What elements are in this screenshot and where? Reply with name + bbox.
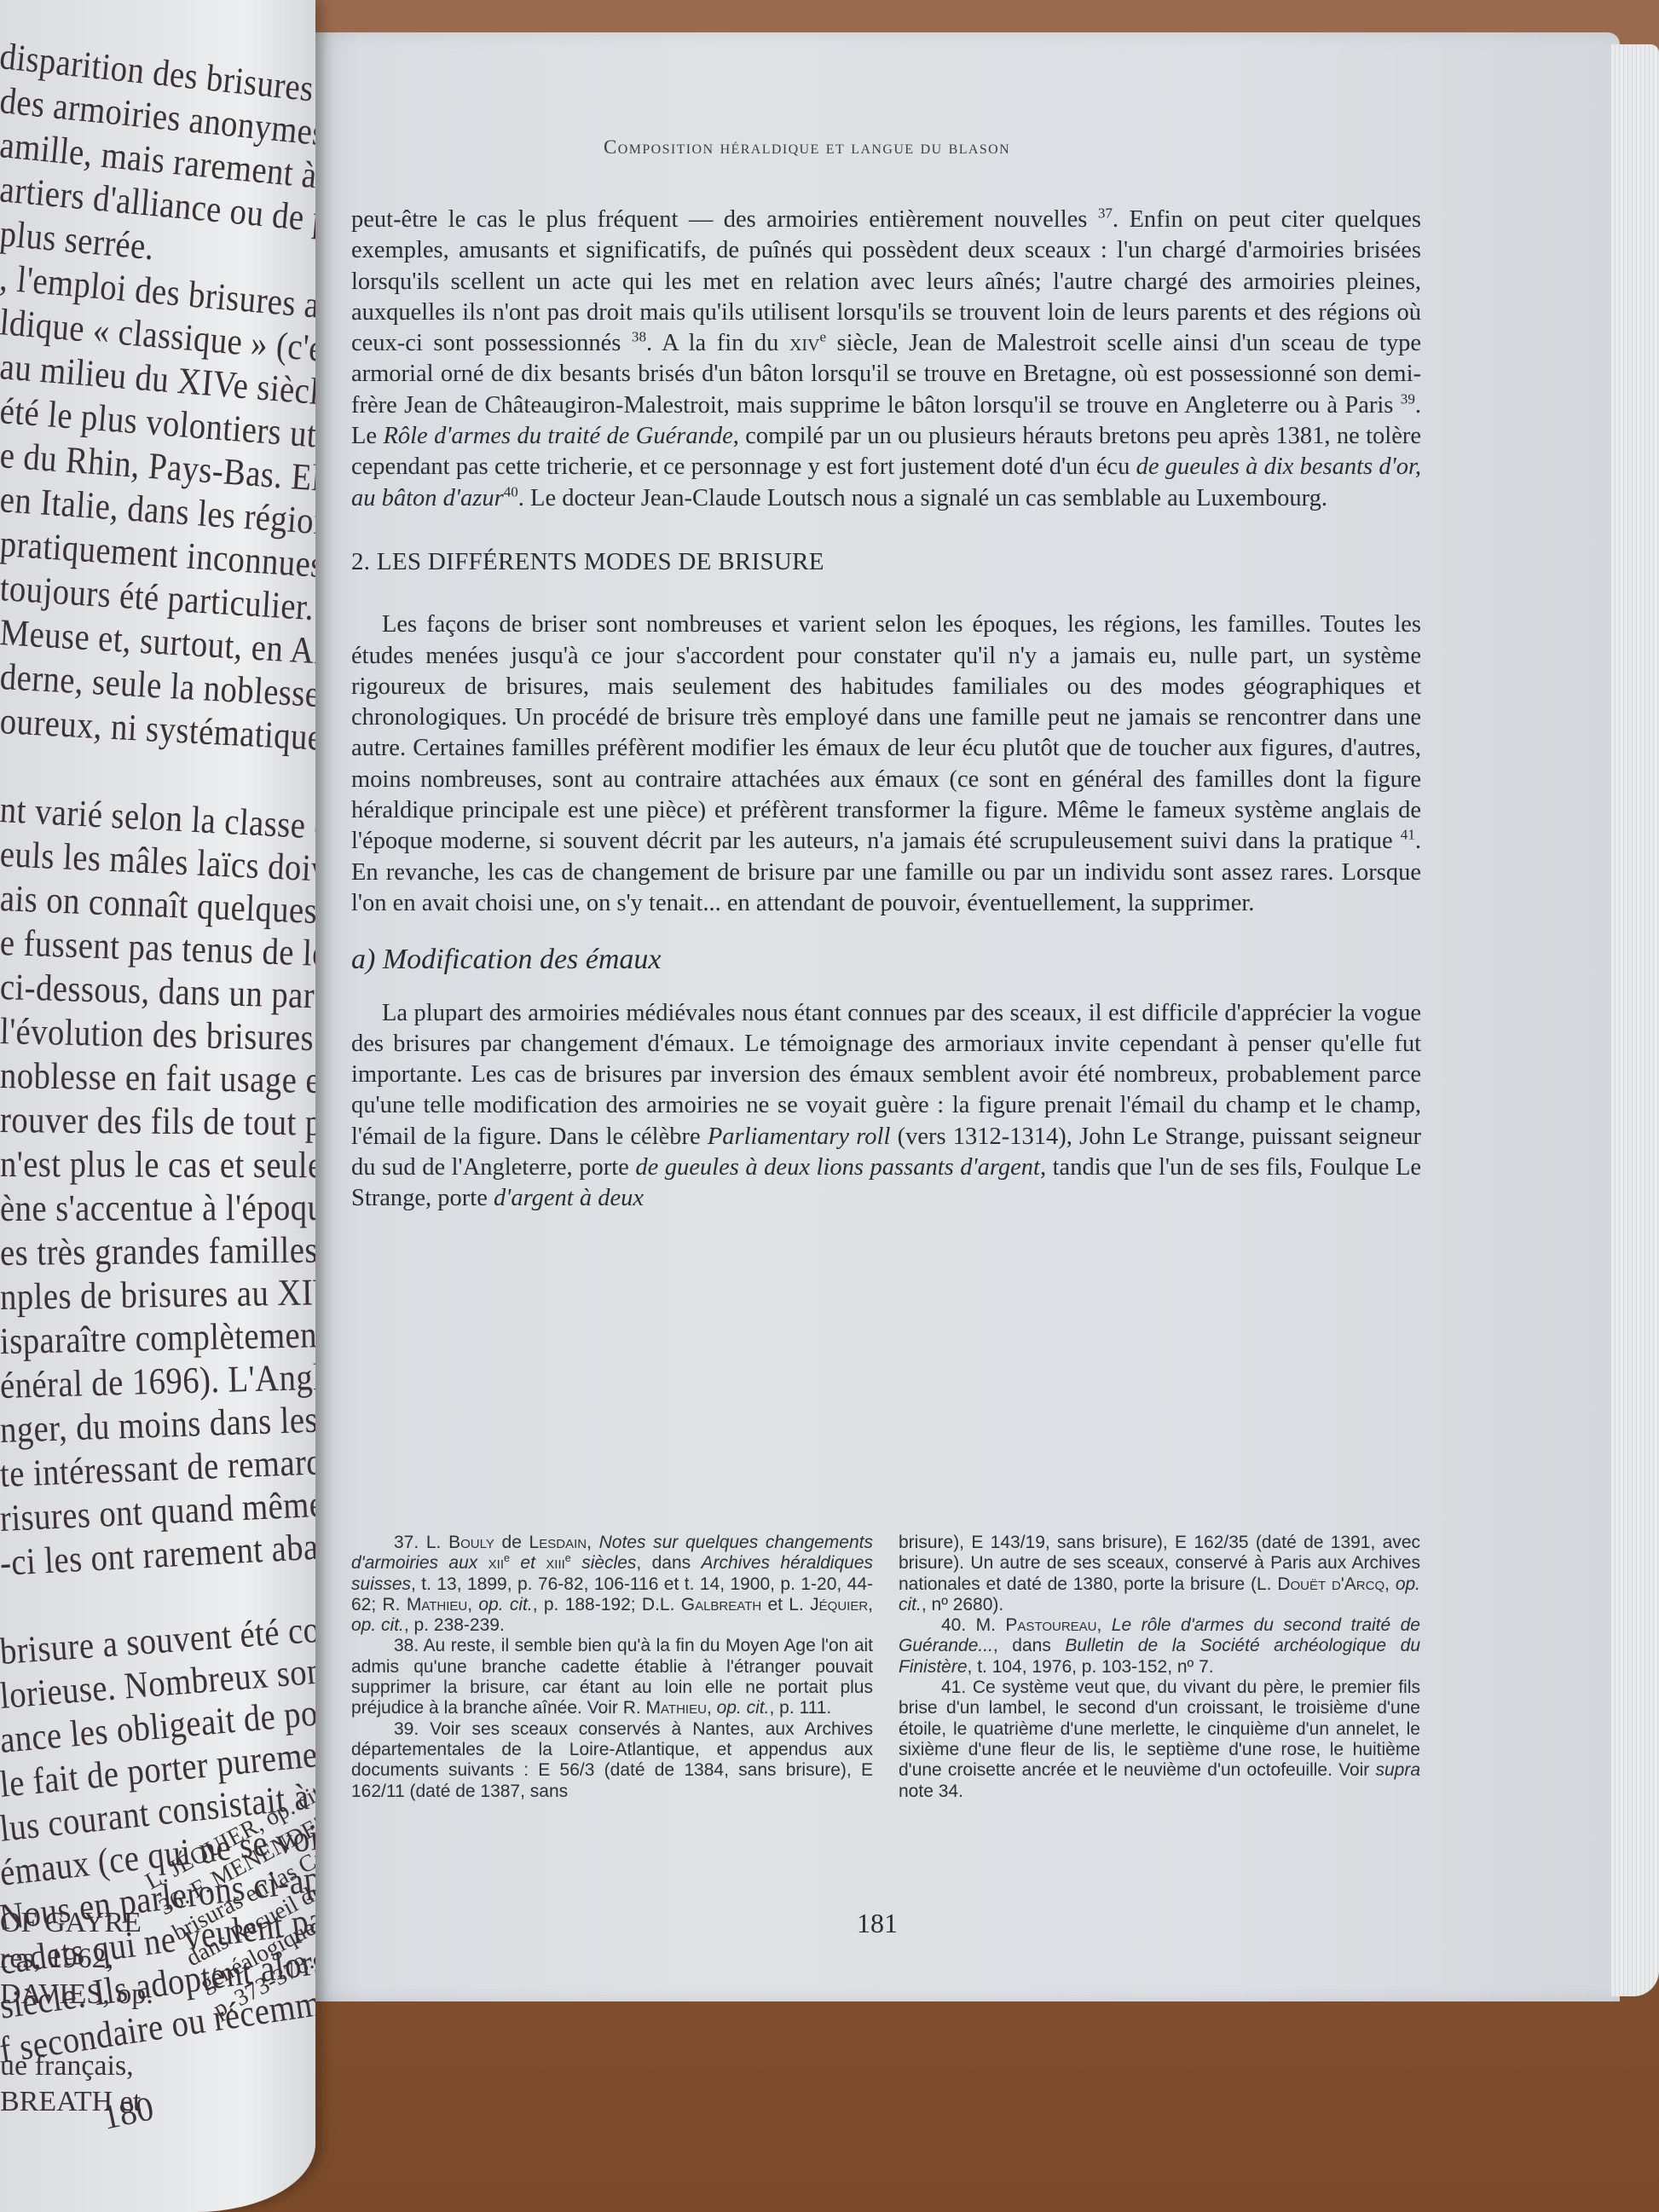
left-footnote-column-1: OF GAYREres, 1962,DAVIES, op. ue françai… <box>0 1905 136 2120</box>
left-footnote-fragment: OF GAYRE <box>0 1905 136 1941</box>
left-page: disparition des brisures a une fâcheudes… <box>0 0 315 2212</box>
body-paragraph: Les façons de briser sont nombreuses et … <box>351 609 1421 919</box>
subsection-heading: a) Modification des émaux <box>351 944 1421 975</box>
right-page-body: peut-être le cas le plus fréquent — des … <box>351 205 1421 1215</box>
footnote-column-right: brisure), E 143/19, sans brisure), E 162… <box>899 1533 1420 1802</box>
left-page-line: noblesse en fait usage et que dans l <box>0 1054 278 1102</box>
body-paragraph: peut-être le cas le plus fréquent — des … <box>351 205 1421 514</box>
left-page-line: ène s'accentue à l'époque moderne, c <box>0 1186 278 1231</box>
left-page-line: l'évolution des brisures en France : au <box>0 1009 278 1060</box>
footnote: 40. M. Pastoureau, Le rôle d'armes du se… <box>899 1615 1420 1678</box>
left-footnote-fragment: DAVIES, op. <box>0 1977 136 2013</box>
left-page-line: nples de brisures au XIVe siècle, par <box>0 1271 278 1320</box>
left-page-line: rouver des fils de tout petits seigneurs <box>0 1098 278 1145</box>
footnote: 41. Ce système veut que, du vivant du pè… <box>899 1678 1420 1802</box>
page-number: 181 <box>857 1908 898 1939</box>
footnote: 38. Au reste, il semble bien qu'à la fin… <box>351 1636 873 1718</box>
section-heading: 2. LES DIFFÉRENTS MODES DE BRISURE <box>351 546 1421 577</box>
body-paragraph: La plupart des armoiries médiévales nous… <box>351 998 1421 1215</box>
footnote: 39. Voir ses sceaux conservés à Nantes, … <box>351 1719 873 1802</box>
left-footnote-fragment: ue français, <box>0 2048 136 2084</box>
left-footnote-fragment: res, 1962, <box>0 1941 136 1977</box>
page-edge-stack <box>1611 44 1659 1996</box>
left-footnote-fragment <box>0 2013 136 2048</box>
footnote: 37. L. Bouly de Lesdain, Notes sur quelq… <box>351 1533 873 1636</box>
left-page-line: n'est plus le cas et seule la haute nobl <box>0 1142 278 1187</box>
left-page-body: disparition des brisures a une fâcheudes… <box>0 34 315 2073</box>
footnotes: 37. L. Bouly de Lesdain, Notes sur quelq… <box>351 1533 1421 1802</box>
left-page-line: isparaître complètement au XVIe siècl <box>0 1314 278 1364</box>
left-page-line: es très grandes familles. Dans les arm <box>0 1228 278 1275</box>
running-head: Composition héraldique et langue du blas… <box>604 136 1010 159</box>
footnote: brisure), E 143/19, sans brisure), E 162… <box>899 1533 1420 1615</box>
footnote-column-left: 37. L. Bouly de Lesdain, Notes sur quelq… <box>351 1533 873 1802</box>
left-page-line: ci-dessous, dans un paragraphe spéci <box>0 965 278 1017</box>
